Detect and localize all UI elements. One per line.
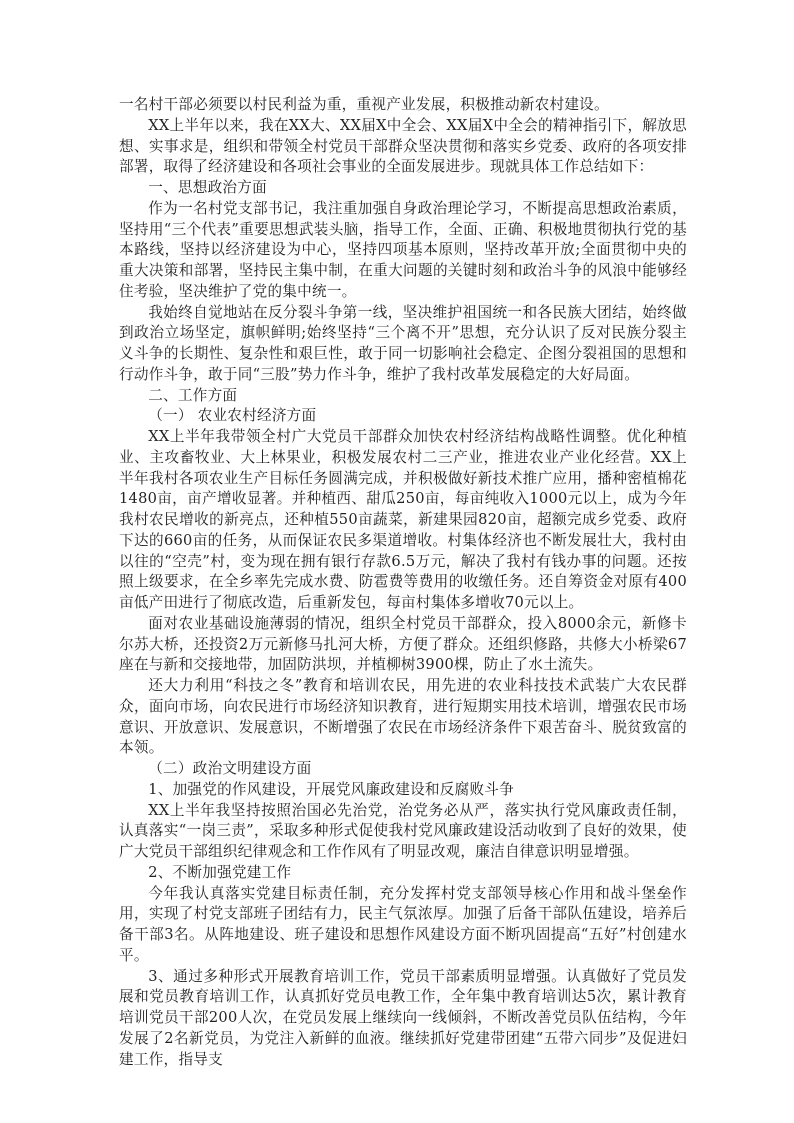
paragraph-ideology-1: 作为一名村党支部书记，我注重加强自身政治理论学习，不断提高思想政治素质，坚持用“…: [119, 199, 687, 303]
paragraph-item-3: 3、通过多种形式开展教育培训工作，党员干部素质明显增强。认真做好了党员发展和党员…: [119, 967, 687, 1071]
document-page: 一名村干部必须要以村民利益为重，重视产业发展，积极推动新农村建设。 XX上半年以…: [119, 95, 687, 1070]
paragraph-agriculture-1: XX上半年我带领全村广大党员干部群众加快农村经济结构战略性调整。优化种植业、主攻…: [119, 427, 687, 614]
paragraph-continuation: 一名村干部必须要以村民利益为重，重视产业发展，积极推动新农村建设。: [119, 95, 687, 116]
paragraph-item-2: 今年我认真落实党建目标责任制，充分发挥村党支部领导核心作用和战斗堡垒作用，实现了…: [119, 884, 687, 967]
item-heading-2: 2、不断加强党建工作: [119, 863, 687, 884]
subsection-heading-politics: （二）政治文明建设方面: [119, 759, 687, 780]
paragraph-ideology-2: 我始终自觉地站在反分裂斗争第一线，坚决维护祖国统一和各民族大团结，始终做到政治立…: [119, 303, 687, 386]
item-heading-1: 1、加强党的作风建设，开展党风廉政建设和反腐败斗争: [119, 780, 687, 801]
subsection-heading-agriculture: （一） 农业农村经济方面: [119, 406, 687, 427]
paragraph-item-1: XX上半年我坚持按照治国必先治党，治党务必从严，落实执行党风廉政责任制，认真落实…: [119, 801, 687, 863]
paragraph-intro: XX上半年以来，我在XX大、XX届X中全会、XX届X中全会的精神指引下，解放思想…: [119, 116, 687, 178]
section-heading-ideology: 一、思想政治方面: [119, 178, 687, 199]
paragraph-agriculture-2: 面对农业基础设施薄弱的情况，组织全村党员干部群众，投入8000余元，新修卡尔苏大…: [119, 614, 687, 676]
section-heading-work: 二、工作方面: [119, 386, 687, 407]
paragraph-agriculture-3: 还大力利用“科技之冬”教育和培训农民，用先进的农业科技技术武装广大农民群众，面向…: [119, 676, 687, 759]
